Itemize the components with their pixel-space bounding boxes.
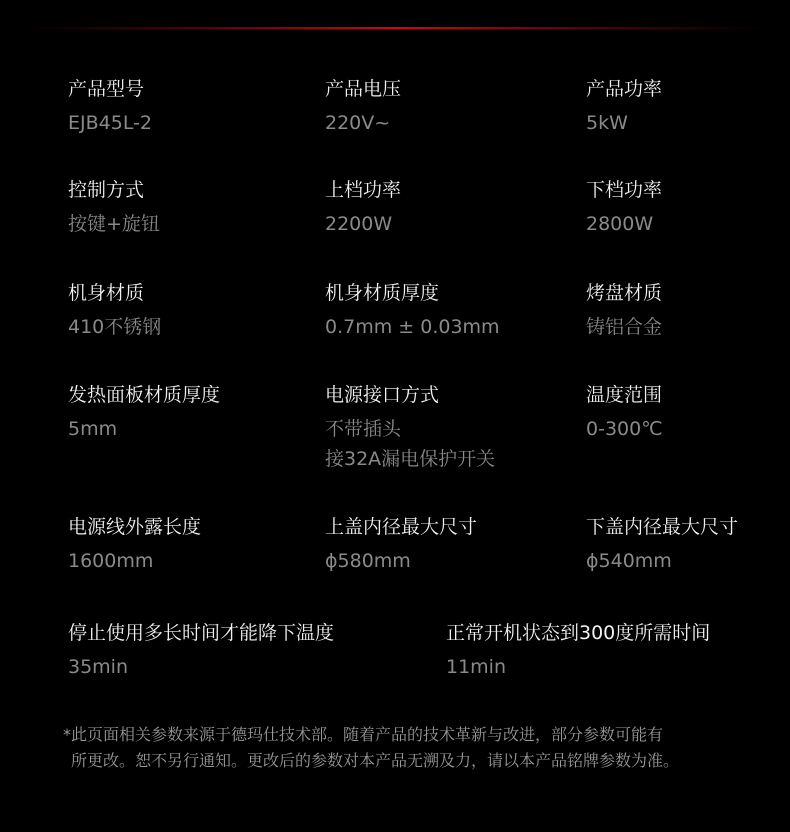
- spec-value: ϕ580mm: [325, 546, 477, 576]
- spec-value: 2800W: [586, 209, 662, 239]
- spec-value-line: 410不锈钢: [68, 312, 161, 342]
- spec-label: 停止使用多长时间才能降下温度: [68, 621, 334, 645]
- spec-label: 控制方式: [68, 178, 160, 202]
- spec-value-line: 铸铝合金: [586, 312, 662, 342]
- spec-value-line: 2800W: [586, 209, 662, 239]
- spec-plate-material: 烤盘材质 铸铝合金: [586, 281, 662, 342]
- spec-body-thickness: 机身材质厚度 0.7mm ± 0.03mm: [325, 281, 500, 342]
- spec-value-line: ϕ580mm: [325, 546, 477, 576]
- spec-upper-power: 上档功率 2200W: [325, 178, 401, 239]
- spec-cord-length: 电源线外露长度 1600mm: [68, 515, 201, 576]
- spec-label: 电源接口方式: [325, 383, 495, 407]
- spec-value-line: 5kW: [586, 108, 662, 138]
- spec-value: 按键+旋钮: [68, 209, 160, 239]
- spec-lower-lid-diameter: 下盖内径最大尺寸 ϕ540mm: [586, 515, 738, 576]
- disclaimer-note: *此页面相关参数来源于德玛仕技术部。随着产品的技术革新与改进，部分参数可能有 所…: [63, 722, 763, 774]
- spec-value: ϕ540mm: [586, 546, 738, 576]
- spec-value: 410不锈钢: [68, 312, 161, 342]
- spec-value-line: EJB45L-2: [68, 108, 152, 138]
- spec-value: 铸铝合金: [586, 312, 662, 342]
- spec-value-line: 35min: [68, 652, 334, 682]
- spec-label: 下档功率: [586, 178, 662, 202]
- red-accent-divider: [25, 27, 765, 29]
- spec-value-line: 1600mm: [68, 546, 201, 576]
- spec-value: 11min: [446, 652, 710, 682]
- spec-value: 0-300℃: [586, 414, 663, 444]
- disclaimer-line: 所更改。恕不另行通知。更改后的参数对本产品无溯及力，请以本产品铭牌参数为准。: [63, 748, 763, 774]
- spec-heatup-time: 正常开机状态到300度所需时间 11min: [446, 621, 710, 682]
- spec-value-line: 0.7mm ± 0.03mm: [325, 312, 500, 342]
- spec-power-interface: 电源接口方式 不带插头 接32A漏电保护开关: [325, 383, 495, 474]
- spec-heating-panel-thickness: 发热面板材质厚度 5mm: [68, 383, 220, 444]
- spec-label: 温度范围: [586, 383, 663, 407]
- spec-lower-power: 下档功率 2800W: [586, 178, 662, 239]
- spec-value: 35min: [68, 652, 334, 682]
- spec-label: 下盖内径最大尺寸: [586, 515, 738, 539]
- spec-value: 2200W: [325, 209, 401, 239]
- spec-value: 5mm: [68, 414, 220, 444]
- spec-value: 220V~: [325, 108, 401, 138]
- spec-value-line: 11min: [446, 652, 710, 682]
- disclaimer-line: *此页面相关参数来源于德玛仕技术部。随着产品的技术革新与改进，部分参数可能有: [63, 722, 763, 748]
- spec-model: 产品型号 EJB45L-2: [68, 77, 152, 138]
- spec-value: 5kW: [586, 108, 662, 138]
- spec-label: 电源线外露长度: [68, 515, 201, 539]
- spec-value: 1600mm: [68, 546, 201, 576]
- spec-label: 烤盘材质: [586, 281, 662, 305]
- spec-label: 产品型号: [68, 77, 152, 101]
- spec-voltage: 产品电压 220V~: [325, 77, 401, 138]
- spec-value: EJB45L-2: [68, 108, 152, 138]
- spec-value: 0.7mm ± 0.03mm: [325, 312, 500, 342]
- spec-value-line: 按键+旋钮: [68, 209, 160, 239]
- spec-upper-lid-diameter: 上盖内径最大尺寸 ϕ580mm: [325, 515, 477, 576]
- spec-label: 机身材质: [68, 281, 161, 305]
- spec-value-line: ϕ540mm: [586, 546, 738, 576]
- spec-label: 发热面板材质厚度: [68, 383, 220, 407]
- spec-label: 机身材质厚度: [325, 281, 500, 305]
- spec-value-line: 220V~: [325, 108, 401, 138]
- spec-value-line: 不带插头: [325, 414, 495, 444]
- spec-label: 正常开机状态到300度所需时间: [446, 621, 710, 645]
- spec-value-line: 2200W: [325, 209, 401, 239]
- spec-body-material: 机身材质 410不锈钢: [68, 281, 161, 342]
- spec-control-method: 控制方式 按键+旋钮: [68, 178, 160, 239]
- spec-label: 上盖内径最大尺寸: [325, 515, 477, 539]
- spec-value-line: 5mm: [68, 414, 220, 444]
- spec-value-line: 0-300℃: [586, 414, 663, 444]
- spec-label: 上档功率: [325, 178, 401, 202]
- spec-temperature-range: 温度范围 0-300℃: [586, 383, 663, 444]
- spec-label: 产品功率: [586, 77, 662, 101]
- spec-power: 产品功率 5kW: [586, 77, 662, 138]
- spec-value-line: 接32A漏电保护开关: [325, 444, 495, 474]
- spec-label: 产品电压: [325, 77, 401, 101]
- spec-cooldown-time: 停止使用多长时间才能降下温度 35min: [68, 621, 334, 682]
- spec-value: 不带插头 接32A漏电保护开关: [325, 414, 495, 474]
